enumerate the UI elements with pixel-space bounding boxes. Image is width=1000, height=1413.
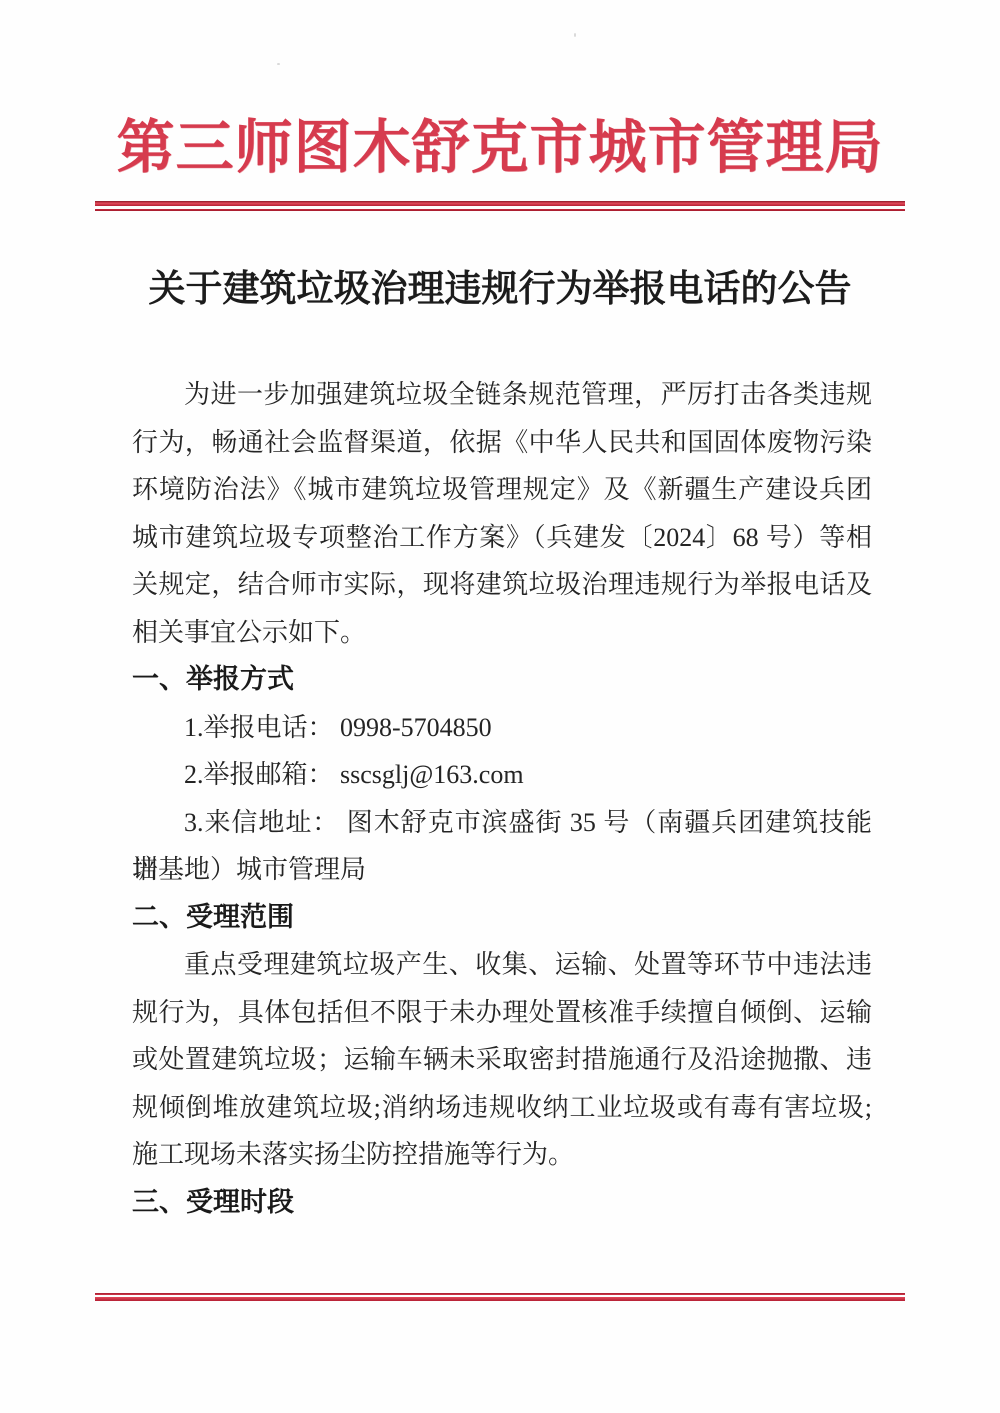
- footer-divider-thick-rule: [95, 1297, 905, 1301]
- body-text-line: 行为，畅通社会监督渠道，依据《中华人民共和国固体废物污染: [132, 419, 872, 467]
- letterhead-divider-thick-rule: [95, 201, 905, 206]
- body-text-line: 2.举报邮箱： sscsglj@163.com: [132, 751, 872, 799]
- body-text-line: 为进一步加强建筑垃圾全链条规范管理，严厉打击各类违规: [132, 371, 872, 419]
- scanned-notice-page: 第三师图木舒克市城市管理局 关于建筑垃圾治理违规行为举报电话的公告 为进一步加强…: [0, 0, 1000, 1413]
- body-text-line: 1.举报电话： 0998-5704850: [132, 704, 872, 752]
- body-text-line: 或处置建筑垃圾；运输车辆未采取密封措施通行及沿途抛撒、违: [132, 1036, 872, 1084]
- section-heading: 二、受理范围: [132, 894, 872, 942]
- section-heading: 三、受理时段: [132, 1179, 872, 1227]
- body-text-line: 关规定，结合师市实际，现将建筑垃圾治理违规行为举报电话及: [132, 561, 872, 609]
- document-body: 为进一步加强建筑垃圾全链条规范管理，严厉打击各类违规行为，畅通社会监督渠道，依据…: [132, 371, 872, 1226]
- body-text-line: 3.来信地址： 图木舒克市滨盛街 35 号（南疆兵团建筑技能培: [132, 799, 872, 847]
- letterhead-agency-title: 第三师图木舒克市城市管理局: [0, 100, 1000, 195]
- body-text-line: 训基地）城市管理局: [132, 846, 872, 894]
- body-text-line: 城市建筑垃圾专项整治工作方案》（兵建发〔2024〕68 号）等相: [132, 514, 872, 562]
- body-text-line: 施工现场未落实扬尘防控措施等行为。: [132, 1131, 872, 1179]
- section-heading: 一、举报方式: [132, 656, 872, 704]
- body-text-line: 规行为，具体包括但不限于未办理处置核准手续擅自倾倒、运输: [132, 989, 872, 1037]
- letterhead-divider: [95, 201, 905, 211]
- footer-divider: [95, 1293, 905, 1301]
- footer-divider-thin-rule: [95, 1293, 905, 1295]
- body-text-line: 相关事宜公示如下。: [132, 609, 872, 657]
- body-text-line: 重点受理建筑垃圾产生、收集、运输、处置等环节中违法违: [132, 941, 872, 989]
- body-text-line: 环境防治法》《城市建筑垃圾管理规定》及《新疆生产建设兵团: [132, 466, 872, 514]
- document-title: 关于建筑垃圾治理违规行为举报电话的公告: [0, 263, 1000, 317]
- letterhead-divider-thin-rule: [95, 209, 905, 211]
- body-text-line: 规倾倒堆放建筑垃圾;消纳场违规收纳工业垃圾或有毒有害垃圾;: [132, 1084, 872, 1132]
- scan-speck: [277, 63, 280, 65]
- scan-speck: [574, 33, 576, 37]
